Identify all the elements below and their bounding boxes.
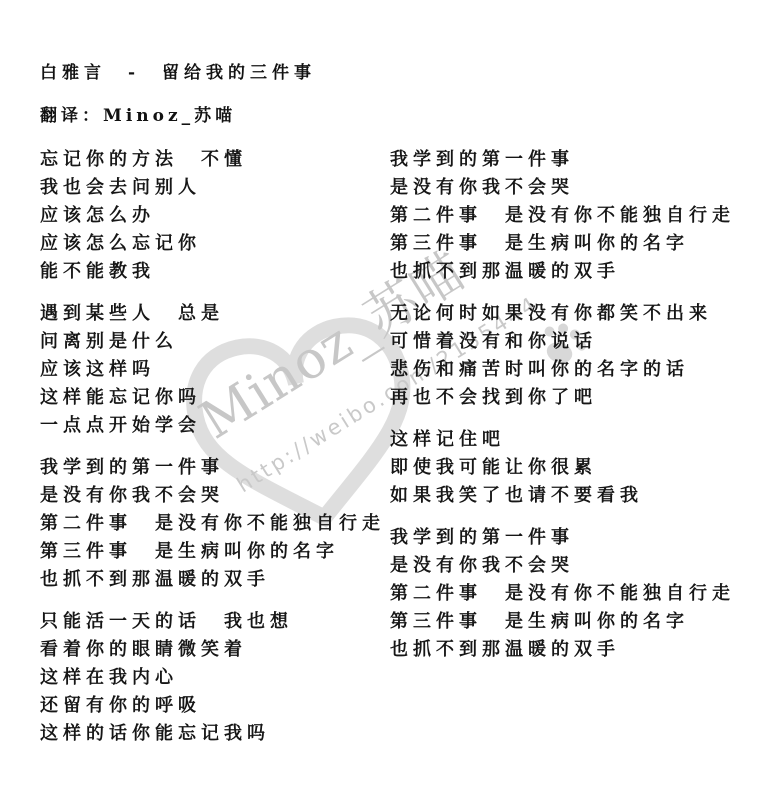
verse: 忘记你的方法 不懂 我也会去问别人 应该怎么办 应该怎么忘记你 能不能教我 [40,146,385,286]
lyric-line: 即使我可能让你很累 [390,454,764,482]
lyric-line: 第二件事 是没有你不能独自行走 [390,580,764,608]
lyric-line: 应该怎么忘记你 [40,230,385,258]
lyric-line: 第三件事 是生病叫你的名字 [40,538,385,566]
lyric-line: 还留有你的呼吸 [40,692,385,720]
verse: 遇到某些人 总是 问离别是什么 应该这样吗 这样能忘记你吗 一点点开始学会 [40,300,385,440]
verse: 只能活一天的话 我也想 看着你的眼睛微笑着 这样在我内心 还留有你的呼吸 这样的… [40,608,385,748]
lyric-line: 忘记你的方法 不懂 [40,146,385,174]
lyric-line: 也抓不到那温暖的双手 [390,258,764,286]
lyric-line: 遇到某些人 总是 [40,300,385,328]
translator-credit: 翻译：Minoz_苏喵 [40,101,236,126]
verse: 无论何时如果没有你都笑不出来 可惜着没有和你说话 悲伤和痛苦时叫你的名字的话 再… [390,300,764,412]
lyric-line: 第三件事 是生病叫你的名字 [390,230,764,258]
lyric-line: 可惜着没有和你说话 [390,328,764,356]
lyric-line: 是没有你我不会哭 [390,552,764,580]
lyric-line: 这样的话你能忘记我吗 [40,720,385,748]
verse: 我学到的第一件事 是没有你我不会哭 第二件事 是没有你不能独自行走 第三件事 是… [40,454,385,594]
lyric-line: 也抓不到那温暖的双手 [40,566,385,594]
song-title: 白雅言 - 留给我的三件事 [40,58,316,83]
lyric-line: 第二件事 是没有你不能独自行走 [40,510,385,538]
lyric-line: 第二件事 是没有你不能独自行走 [390,202,764,230]
lyrics-document: Minoz_苏喵 http://weibo.com/2135444 白雅言 - … [0,0,764,794]
lyric-line: 我学到的第一件事 [40,454,385,482]
lyric-line: 能不能教我 [40,258,385,286]
lyric-line: 应该这样吗 [40,356,385,384]
verse: 我学到的第一件事 是没有你我不会哭 第二件事 是没有你不能独自行走 第三件事 是… [390,524,764,664]
lyric-line: 这样在我内心 [40,664,385,692]
lyric-line: 我也会去问别人 [40,174,385,202]
lyric-line: 这样能忘记你吗 [40,384,385,412]
lyrics-right-column: 我学到的第一件事 是没有你我不会哭 第二件事 是没有你不能独自行走 第三件事 是… [390,146,764,678]
verse: 我学到的第一件事 是没有你我不会哭 第二件事 是没有你不能独自行走 第三件事 是… [390,146,764,286]
lyric-line: 再也不会找到你了吧 [390,384,764,412]
lyric-line: 无论何时如果没有你都笑不出来 [390,300,764,328]
lyric-line: 我学到的第一件事 [390,524,764,552]
lyric-line: 只能活一天的话 我也想 [40,608,385,636]
lyric-line: 问离别是什么 [40,328,385,356]
lyric-line: 应该怎么办 [40,202,385,230]
lyric-line: 我学到的第一件事 [390,146,764,174]
lyric-line: 这样记住吧 [390,426,764,454]
lyric-line: 是没有你我不会哭 [40,482,385,510]
lyric-line: 看着你的眼睛微笑着 [40,636,385,664]
lyric-line: 悲伤和痛苦时叫你的名字的话 [390,356,764,384]
lyric-line: 也抓不到那温暖的双手 [390,636,764,664]
verse: 这样记住吧 即使我可能让你很累 如果我笑了也请不要看我 [390,426,764,510]
lyric-line: 是没有你我不会哭 [390,174,764,202]
lyrics-left-column: 忘记你的方法 不懂 我也会去问别人 应该怎么办 应该怎么忘记你 能不能教我 遇到… [40,146,385,762]
lyric-line: 第三件事 是生病叫你的名字 [390,608,764,636]
document-content: 白雅言 - 留给我的三件事 翻译：Minoz_苏喵 忘记你的方法 不懂 我也会去… [0,0,764,794]
lyric-line: 一点点开始学会 [40,412,385,440]
lyric-line: 如果我笑了也请不要看我 [390,482,764,510]
